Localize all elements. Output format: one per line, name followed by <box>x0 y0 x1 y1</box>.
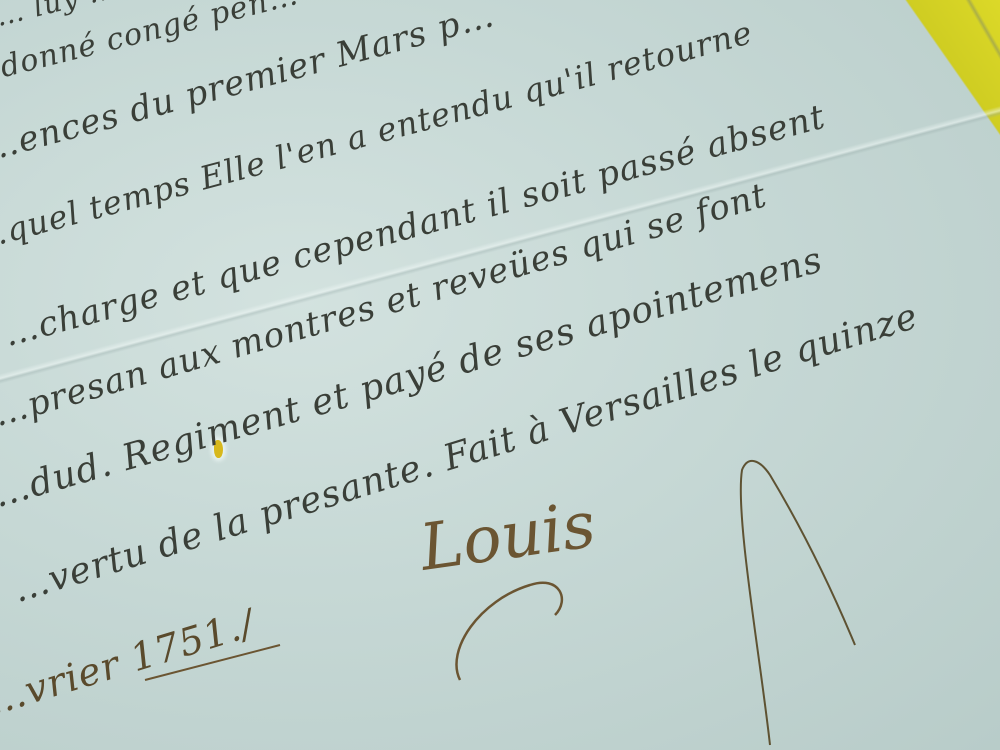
paraph-stroke <box>730 455 910 750</box>
handwriting-line: …ences du premier Mars p… <box>0 0 499 170</box>
signature-flourish <box>440 560 580 690</box>
date-underline-stroke <box>140 640 290 690</box>
document-photo: … luy … donné congé pen… …ences du premi… <box>0 0 1000 750</box>
